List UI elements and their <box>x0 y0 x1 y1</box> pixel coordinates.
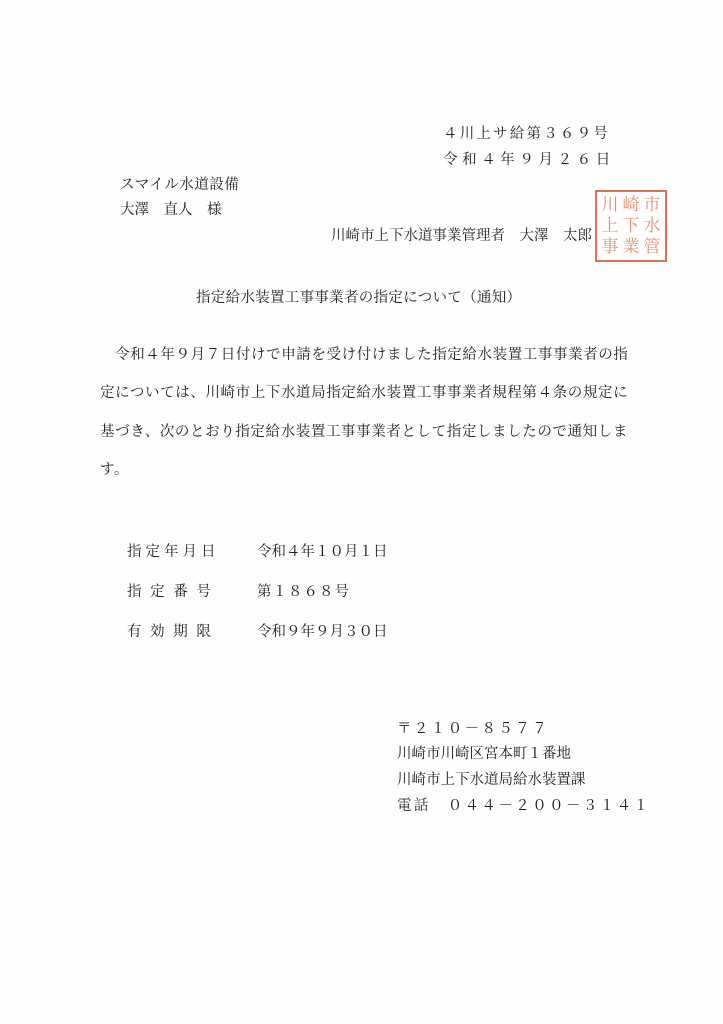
contact-postal-code: 〒２１０－８５７７ <box>397 720 549 738</box>
recipient-name: 大澤 直人 様 <box>120 201 222 219</box>
body-line: 定については、川崎市上下水道局指定給水装置工事事業者規程第４条の規定に <box>100 384 628 402</box>
detail-value-designation-date: 令和４年１０月１日 <box>257 543 388 561</box>
contact-department: 川崎市上下水道局給水装置課 <box>397 771 586 789</box>
contact-address: 川崎市川崎区宮本町１番地 <box>397 745 571 763</box>
detail-label-designation-number: 指 定 番 号 <box>127 583 213 601</box>
seal-char: 業 <box>621 237 641 257</box>
document-title: 指定給水装置工事事業者の指定について（通知） <box>196 289 521 307</box>
issuer-name: 川崎市上下水道事業管理者 大澤 太郎 <box>331 227 592 245</box>
detail-label-designation-date: 指定年月日 <box>127 543 220 561</box>
seal-char: 事 <box>600 237 620 257</box>
recipient-company: スマイル水道設備 <box>120 176 239 194</box>
reference-number: ４川上サ給第３６９号 <box>443 125 610 143</box>
seal-char: 上 <box>600 216 620 236</box>
detail-value-designation-number: 第１８６８号 <box>257 583 350 601</box>
seal-char: 市 <box>642 195 662 215</box>
seal-char: 崎 <box>621 195 641 215</box>
document-page: ４川上サ給第３６９号 令和４年９月２６日 スマイル水道設備 大澤 直人 様 川崎… <box>0 0 723 1024</box>
seal-char: 管 <box>642 237 662 257</box>
body-line: 令和４年９月７日付けで申請を受け付けました指定給水装置工事事業者の指 <box>100 346 629 364</box>
detail-value-expiry: 令和９年９月３０日 <box>257 623 388 641</box>
issue-date: 令和４年９月２６日 <box>443 151 615 169</box>
contact-phone: 電話 ０４４－２００－３１４１ <box>397 797 651 815</box>
official-seal-icon: 川 崎 市 上 下 水 事 業 管 <box>595 190 667 262</box>
body-line: 基づき、次のとおり指定給水装置工事事業者として指定しましたので通知しま <box>100 423 628 441</box>
detail-label-expiry: 有 効 期 限 <box>127 623 213 641</box>
seal-char: 下 <box>621 216 641 236</box>
body-line: す。 <box>100 461 129 479</box>
seal-char: 水 <box>642 216 662 236</box>
seal-char: 川 <box>600 195 620 215</box>
